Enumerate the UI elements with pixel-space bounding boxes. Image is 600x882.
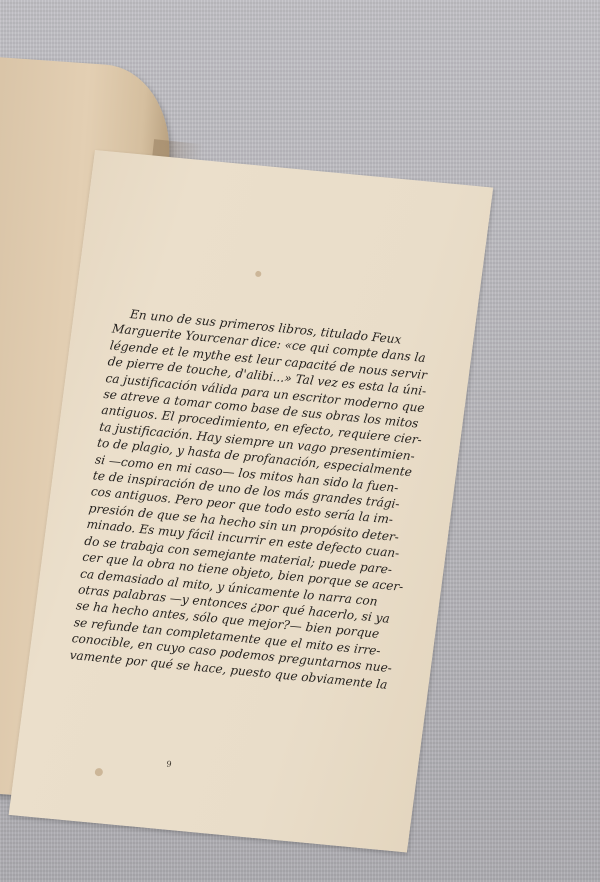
- body-text: En uno de sus primeros libros, titulado …: [69, 305, 376, 688]
- right-page: En uno de sus primeros libros, titulado …: [9, 150, 494, 852]
- paper-stain: [255, 271, 262, 278]
- paper-stain: [94, 768, 103, 777]
- page-number: 9: [166, 759, 172, 768]
